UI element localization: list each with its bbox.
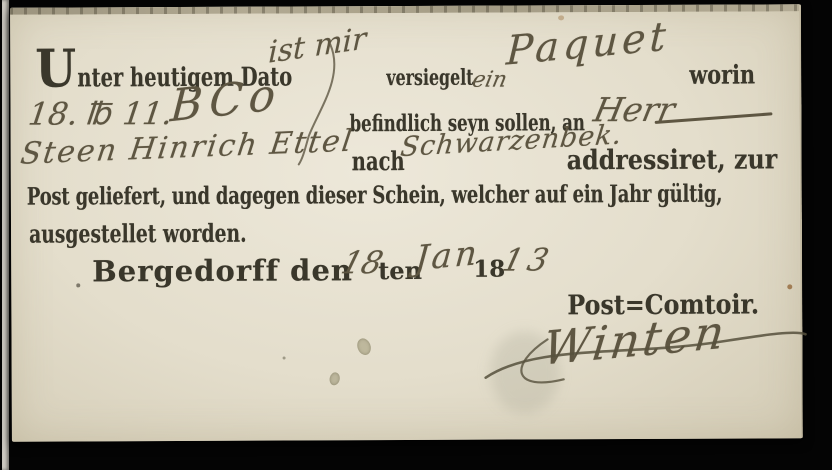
handwritten-year-suffix: 13	[499, 245, 556, 276]
rust-speck	[558, 15, 564, 20]
paper-deckle-edge	[10, 4, 799, 14]
handwritten-amount: 18. ℔ 11.	[26, 99, 174, 131]
handwritten-fill-ein: ein	[470, 70, 509, 92]
ink-speck	[283, 357, 286, 360]
handwritten-month: Jan	[414, 236, 481, 276]
paper-stain-blob	[355, 336, 373, 356]
printed-delivery-line: Post geliefert, und dagegen dieser Schei…	[27, 182, 722, 209]
scan-edge-strip	[2, 0, 9, 470]
printed-initial-letter: U	[35, 43, 76, 95]
photo-background: U nter heutigem Dato ist mir versiegelt …	[0, 0, 832, 470]
printed-addressiret: addressiret, zur	[567, 146, 778, 174]
rust-speck	[787, 284, 792, 289]
printed-versiegelt: versiegelt	[386, 67, 473, 89]
paper-stain-blob	[328, 371, 340, 386]
printed-place-line: Bergedorff den	[92, 256, 353, 286]
handwritten-bco: BCo	[169, 73, 283, 130]
handwriting-descender-stroke	[278, 40, 349, 168]
signature-flourish-stroke	[477, 314, 811, 407]
printed-issued-line: ausgestellet worden.	[29, 221, 247, 247]
receipt-paper: U nter heutigem Dato ist mir versiegelt …	[10, 4, 803, 441]
ink-speck	[76, 283, 80, 287]
handwritten-paquet: Paquet	[505, 16, 670, 71]
printed-nach: nach	[352, 149, 405, 175]
printed-worin: worin	[689, 62, 755, 88]
